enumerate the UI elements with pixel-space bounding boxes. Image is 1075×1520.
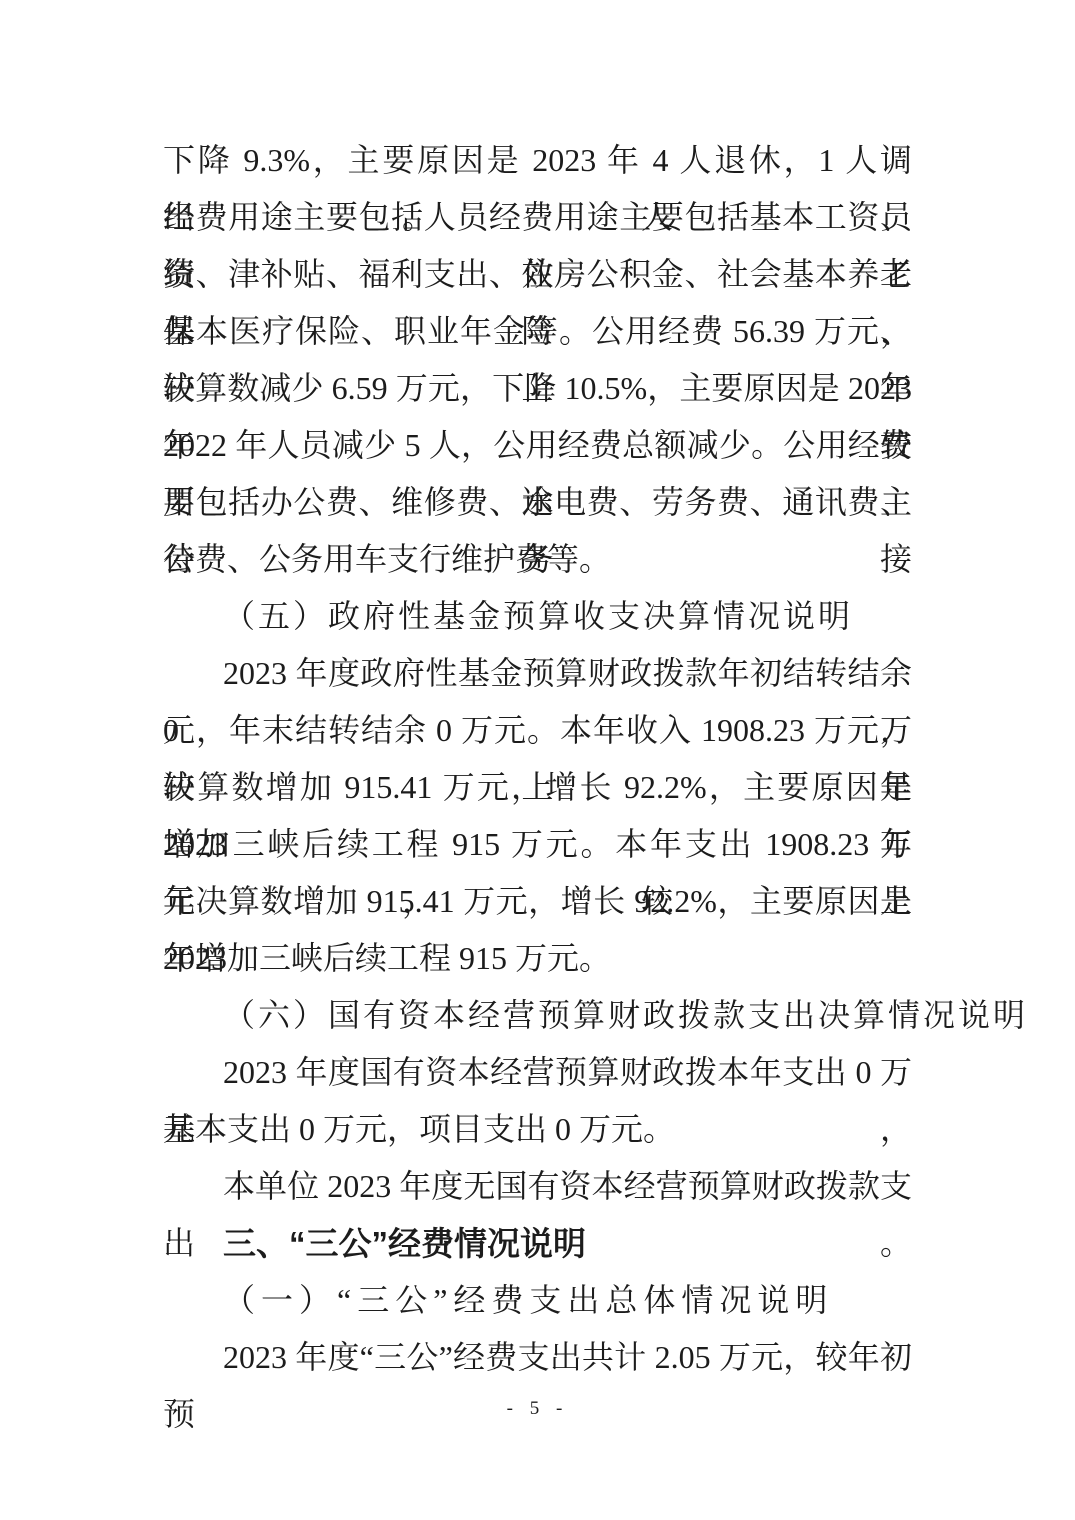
text-line: 本单位 2023 年度无国有资本经营预算财政拨款支出。 xyxy=(163,1158,912,1215)
text-line: 经费用途主要包括人员经费用途主要包括基本工资、绩效工 xyxy=(163,189,912,246)
document-body: 下降 9.3%，主要原因是 2023 年 4 人退休，1 人调出。人员 经费用途… xyxy=(163,132,912,1386)
text-line: 资、津补贴、福利支出、住房公积金、社会基本养老保险、 xyxy=(163,246,912,303)
text-line: 年增加三峡后续工程 915 万元。 xyxy=(163,930,912,987)
text-line: 2023 年度“三公”经费支出共计 2.05 万元，较年初预 xyxy=(163,1329,912,1386)
text-line: 要包括办公费、维修费、水电费、劳务费、通讯费、公务接 xyxy=(163,474,912,531)
text-line: 决算数增加 915.41 万元，增长 92.2%，主要原因是 2023 年 xyxy=(163,759,912,816)
subsection-heading: （六）国有资本经营预算财政拨款支出决算情况说明 xyxy=(163,987,912,1044)
document-page: 下降 9.3%，主要原因是 2023 年 4 人退休，1 人调出。人员 经费用途… xyxy=(0,0,1075,1520)
text-line: 元，年末结转结余 0 万元。本年收入 1908.23 万元，较上年 xyxy=(163,702,912,759)
subsection-heading: （一）“三公”经费支出总体情况说明 xyxy=(163,1272,912,1329)
page-number: - 5 - xyxy=(0,1398,1075,1420)
text-line: 2022 年人员减少 5 人，公用经费总额减少。公用经费用途主 xyxy=(163,417,912,474)
text-line: 增加三峡后续工程 915 万元。本年支出 1908.23 万元，较上 xyxy=(163,816,912,873)
text-line: 2023 年度政府性基金预算财政拨款年初结转结余 0 万 xyxy=(163,645,912,702)
text-line: 基本医疗保险、职业年金等。公用经费 56.39 万元，较上年 xyxy=(163,303,912,360)
text-line: 年决算数增加 915.41 万元，增长 92.2%，主要原因是 2023 xyxy=(163,873,912,930)
text-line: 2023 年度国有资本经营预算财政拨本年支出 0 万元， xyxy=(163,1044,912,1101)
subsection-heading: （五）政府性基金预算收支决算情况说明 xyxy=(163,588,912,645)
text-line: 下降 9.3%，主要原因是 2023 年 4 人退休，1 人调出。人员 xyxy=(163,132,912,189)
text-line: 决算数减少 6.59 万元，下降 10.5%，主要原因是 2023 年较 xyxy=(163,360,912,417)
